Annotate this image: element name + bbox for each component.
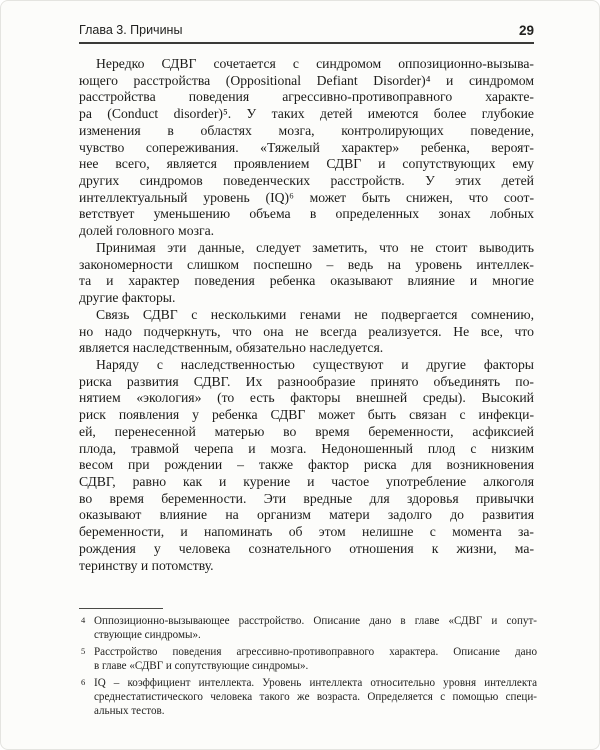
text-line: весом при рождении – также фактор риска … [79,457,534,474]
text-line: интеллектуальный уровень (IQ)⁶ может быт… [79,190,534,207]
text-line: плода, травмой черепа и мозга. Недоношен… [79,441,534,458]
body-text: Нередко СДВГ сочетается с синдромом оппо… [79,56,534,574]
footnote-line: Оппозиционно-вызывающее расстройство. Оп… [94,615,537,629]
header-rule [79,42,534,44]
text-line: чувство сопереживания. «Тяжелый характер… [79,140,534,157]
footnote-item: 4Оппозиционно-вызывающее расстройство. О… [79,615,537,643]
chapter-title: Глава 3. Причины [79,23,182,38]
text-line: Наряду с наследственностью существуют и … [79,357,534,374]
footnote-line: в главе «СДВГ и сопутствующие синдромы». [94,660,537,674]
text-line: долей головного мозга. [79,223,534,240]
book-page: Глава 3. Причины 29 Нередко СДВГ сочетае… [0,0,600,750]
text-line: Связь СДВГ с несколькими генами не подве… [79,307,534,324]
text-line: та и характер поведения ребенка оказываю… [79,273,534,290]
text-line: СДВГ, равно как и курение и частое употр… [79,474,534,491]
footnote-line: альных тестов. [94,705,537,719]
text-line: расстройства поведения агрессивно-против… [79,89,534,106]
text-line: ющего расстройства (Oppositional Defiant… [79,73,534,90]
footnote-marker: 4 [81,615,85,626]
footnote-line: ствующие синдромы». [94,629,537,643]
text-line: теринству и потомству. [79,558,534,575]
text-line: является наследственным, обязательно нас… [79,340,534,357]
text-line: беременности, и напоминать об этом нелиш… [79,524,534,541]
text-line: во время беременности. Эти вредные для з… [79,491,534,508]
text-line: другие факторы. [79,290,534,307]
footnote-line: IQ – коэффициент интеллекта. Уровень инт… [94,677,537,691]
text-line: но надо подчеркнуть, что она не всегда р… [79,324,534,341]
footnote-divider [79,608,163,609]
footnote-marker: 5 [81,646,85,657]
text-line: ра (Conduct disorder)⁵. У таких детей им… [79,106,534,123]
text-line: риска развития СДВГ. Их разнообразие при… [79,374,534,391]
text-line: закономерности слишком поспешно – ведь н… [79,257,534,274]
footnote-line: Расстройство поведения агрессивно-против… [94,646,537,660]
text-line: оказывают влияние на организм матери зад… [79,507,534,524]
footnote-item: 5Расстройство поведения агрессивно-проти… [79,646,537,674]
text-line: нятием «экология» (то есть факторы внешн… [79,390,534,407]
text-line: рождения у человека сознательного отноше… [79,541,534,558]
text-line: риск появления у ребенка СДВГ может быть… [79,407,534,424]
footnote-item: 6IQ – коэффициент интеллекта. Уровень ин… [79,677,537,718]
text-line: Принимая эти данные, следует заметить, ч… [79,240,534,257]
text-line: других синдромов поведенческих расстройс… [79,173,534,190]
text-line: ветствует уменьшению объема в определенн… [79,206,534,223]
text-line: нее всего, является проявлением СДВГ и с… [79,156,534,173]
page-header: Глава 3. Причины 29 [79,23,534,38]
footnote-line: среднестатистического человека такого же… [94,691,537,705]
text-line: Нередко СДВГ сочетается с синдромом оппо… [79,56,534,73]
text-line: изменения в областях мозга, контролирующ… [79,123,534,140]
footnote-marker: 6 [81,677,85,688]
text-line: ей, перенесенной матерью во время береме… [79,424,534,441]
footnotes: 4Оппозиционно-вызывающее расстройство. О… [79,615,537,722]
page-number: 29 [519,23,534,38]
